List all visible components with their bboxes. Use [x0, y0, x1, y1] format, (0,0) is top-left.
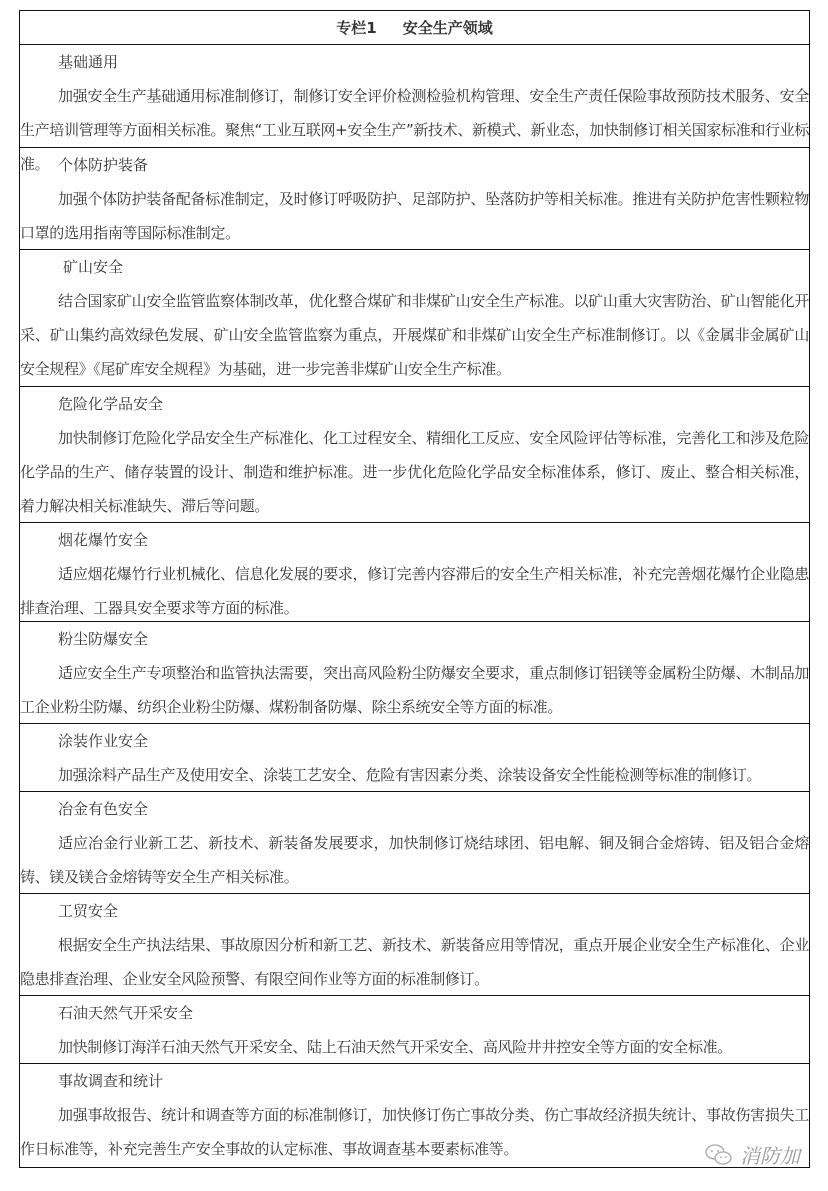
table-row: 烟花爆竹安全适应烟花爆竹行业机械化、信息化发展的要求，修订完善内容滞后的安全生产…: [20, 523, 809, 622]
row-title: 工贸安全: [20, 894, 809, 928]
column-number: 专栏1: [336, 17, 376, 38]
row-title: 危险化学品安全: [20, 387, 809, 421]
row-body: 加快制修订海洋石油天然气开采安全、陆上石油天然气开采安全、高风险井井控安全等方面…: [20, 1030, 809, 1064]
table-row: 粉尘防爆安全适应安全生产专项整治和监管执法需要，突出高风险粉尘防爆安全要求，重点…: [20, 622, 809, 724]
row-title: 粉尘防爆安全: [20, 622, 809, 656]
row-body: 加强事故报告、统计和调查等方面的标准制修订，加快修订伤亡事故分类、伤亡事故经济损…: [20, 1098, 809, 1166]
table-row: 个体防护装备加强个体防护装备配备标准制定，及时修订呼吸防护、足部防护、坠落防护等…: [20, 148, 809, 250]
table-row: 事故调查和统计加强事故报告、统计和调查等方面的标准制修订，加快修订伤亡事故分类、…: [20, 1064, 809, 1167]
row-title: 涂装作业安全: [20, 724, 809, 758]
row-body: 适应安全生产专项整治和监管执法需要，突出高风险粉尘防爆安全要求，重点制修订铝镁等…: [20, 656, 809, 724]
table-row: 冶金有色安全适应冶金行业新工艺、新技术、新装备发展要求，加快制修订烧结球团、铝电…: [20, 792, 809, 894]
table-row: 基础通用加强安全生产基础通用标准制修订，制修订安全评价检测检验机构管理、安全生产…: [20, 45, 809, 148]
row-body: 根据安全生产执法结果、事故原因分析和新工艺、新技术、新装备应用等情况，重点开展企…: [20, 928, 809, 996]
row-title: 矿山安全: [20, 250, 809, 284]
row-title: 基础通用: [20, 45, 809, 79]
row-title: 石油天然气开采安全: [20, 996, 809, 1030]
table-header: 专栏1 安全生产领域: [20, 11, 809, 45]
row-body: 适应烟花爆竹行业机械化、信息化发展的要求，修订完善内容滞后的安全生产相关标准，补…: [20, 557, 809, 625]
row-body: 适应冶金行业新工艺、新技术、新装备发展要求，加快制修订烧结球团、铝电解、铜及铜合…: [20, 826, 809, 894]
table-row: 矿山安全结合国家矿山安全监管监察体制改革，优化整合煤矿和非煤矿山安全生产标准。以…: [20, 250, 809, 387]
table-row: 工贸安全根据安全生产执法结果、事故原因分析和新工艺、新技术、新装备应用等情况，重…: [20, 894, 809, 996]
wechat-icon: [704, 1143, 734, 1167]
safety-production-table: 专栏1 安全生产领域 基础通用加强安全生产基础通用标准制修订，制修订安全评价检测…: [19, 10, 810, 1168]
table-row: 石油天然气开采安全加快制修订海洋石油天然气开采安全、陆上石油天然气开采安全、高风…: [20, 996, 809, 1064]
table-row: 危险化学品安全加快制修订危险化学品安全生产标准化、化工过程安全、精细化工反应、安…: [20, 387, 809, 523]
watermark: 消防加: [704, 1140, 800, 1169]
row-body: 结合国家矿山安全监管监察体制改革，优化整合煤矿和非煤矿山安全生产标准。以矿山重大…: [20, 284, 809, 386]
row-title: 个体防护装备: [20, 148, 809, 182]
row-title: 烟花爆竹安全: [20, 523, 809, 557]
row-title: 事故调查和统计: [20, 1064, 809, 1098]
row-title: 冶金有色安全: [20, 792, 809, 826]
watermark-text: 消防加: [740, 1140, 800, 1169]
row-body: 加强个体防护装备配备标准制定，及时修订呼吸防护、足部防护、坠落防护等相关标准。推…: [20, 182, 809, 250]
row-body: 加快制修订危险化学品安全生产标准化、化工过程安全、精细化工反应、安全风险评估等标…: [20, 421, 809, 523]
column-title: 安全生产领域: [403, 17, 493, 38]
row-body: 加强涂料产品生产及使用安全、涂装工艺安全、危险有害因素分类、涂装设备安全性能检测…: [20, 758, 809, 792]
table-row: 涂装作业安全加强涂料产品生产及使用安全、涂装工艺安全、危险有害因素分类、涂装设备…: [20, 724, 809, 792]
